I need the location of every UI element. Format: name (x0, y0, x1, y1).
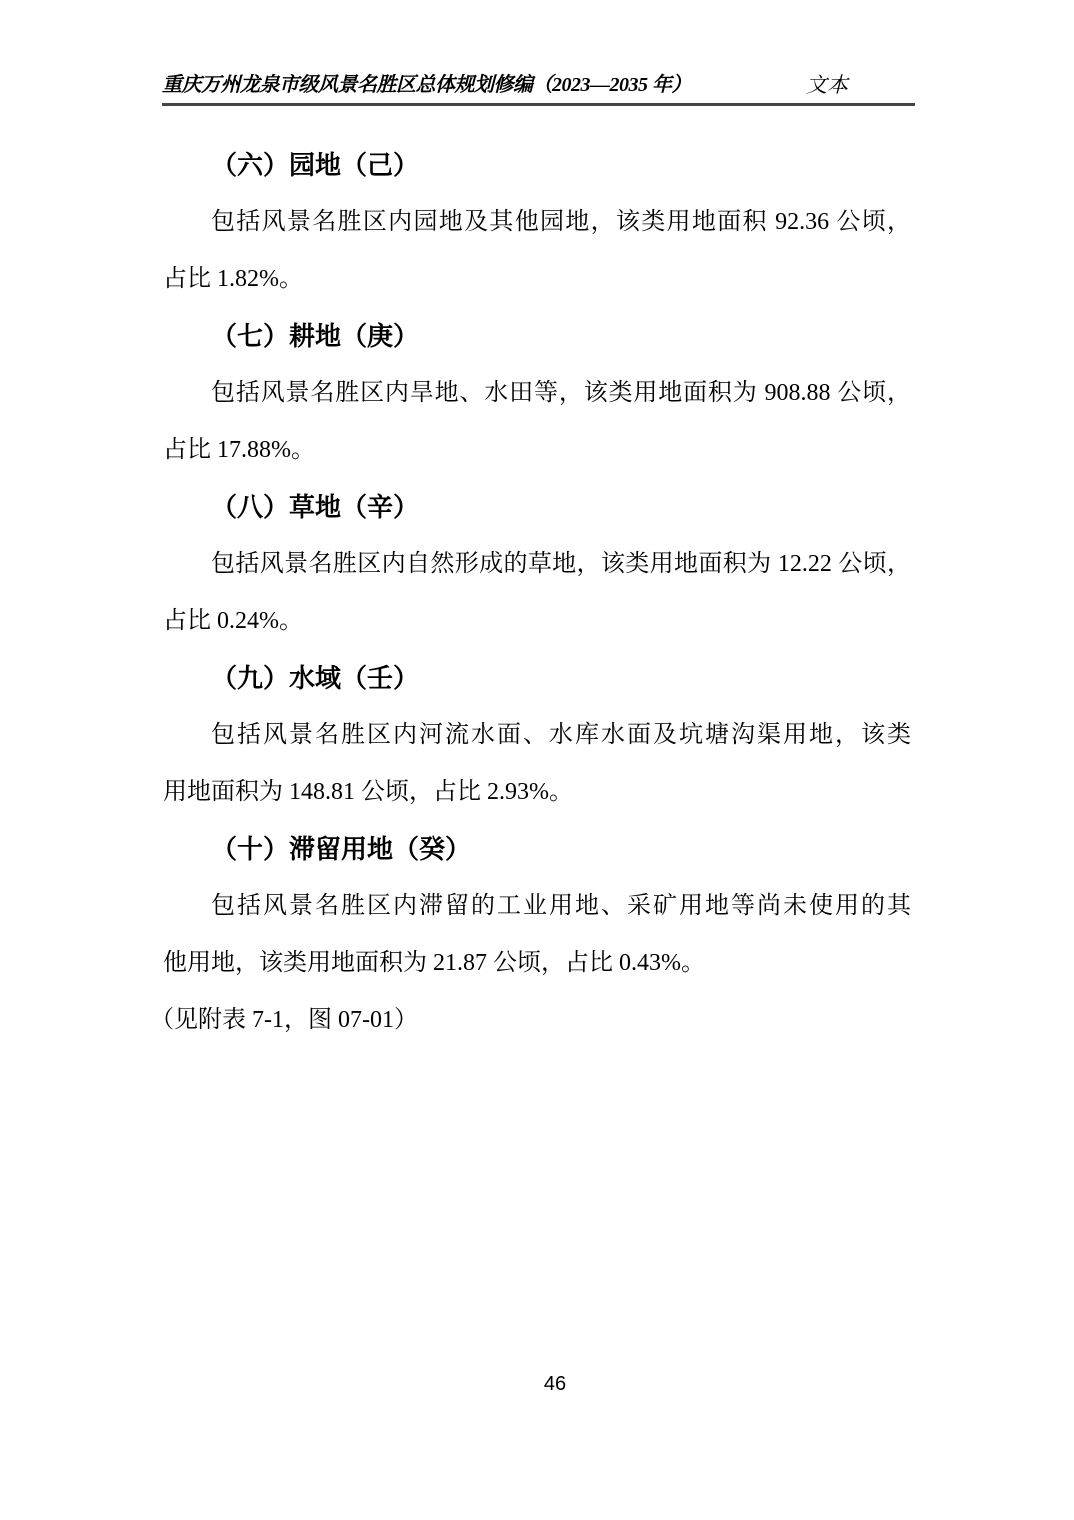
body-line: 包括风景名胜区内自然形成的草地，该类用地面积为 12.22 公顷， (163, 536, 911, 593)
reference-note: （见附表 7-1，图 07-01） (150, 992, 911, 1049)
body-line: 包括风景名胜区内滞留的工业用地、采矿用地等尚未使用的其 (163, 878, 911, 935)
section-heading-10: （十）滞留用地（癸） (163, 821, 911, 878)
header-rule (162, 103, 915, 106)
body-line: 用地面积为 148.81 公顷，占比 2.93%。 (163, 764, 911, 821)
section-heading-8: （八）草地（辛） (163, 479, 911, 536)
page-number: 46 (18, 1371, 1074, 1397)
section-heading-7: （七）耕地（庚） (163, 308, 911, 365)
body-line: 占比 0.24%。 (163, 593, 911, 650)
body-line: 包括风景名胜区内园地及其他园地，该类用地面积 92.36 公顷， (163, 194, 911, 251)
section-heading-6: （六）园地（己） (163, 137, 911, 194)
document-body: （六）园地（己） 包括风景名胜区内园地及其他园地，该类用地面积 92.36 公顷… (163, 137, 911, 1049)
body-line: 他用地，该类用地面积为 21.87 公顷，占比 0.43%。 (163, 935, 911, 992)
document-page: 重庆万州龙泉市级风景名胜区总体规划修编（2023—2035 年） 文本 （六）园… (0, 0, 1074, 1520)
section-heading-9: （九）水域（壬） (163, 650, 911, 707)
header-title: 重庆万州龙泉市级风景名胜区总体规划修编（2023—2035 年） (162, 70, 782, 100)
body-line: 占比 1.82%。 (163, 251, 911, 308)
body-line: 占比 17.88%。 (163, 422, 911, 479)
body-line: 包括风景名胜区内河流水面、水库水面及坑塘沟渠用地，该类 (163, 707, 911, 764)
body-line: 包括风景名胜区内旱地、水田等，该类用地面积为 908.88 公顷， (163, 365, 911, 422)
header-doc-type: 文本 (806, 70, 848, 100)
